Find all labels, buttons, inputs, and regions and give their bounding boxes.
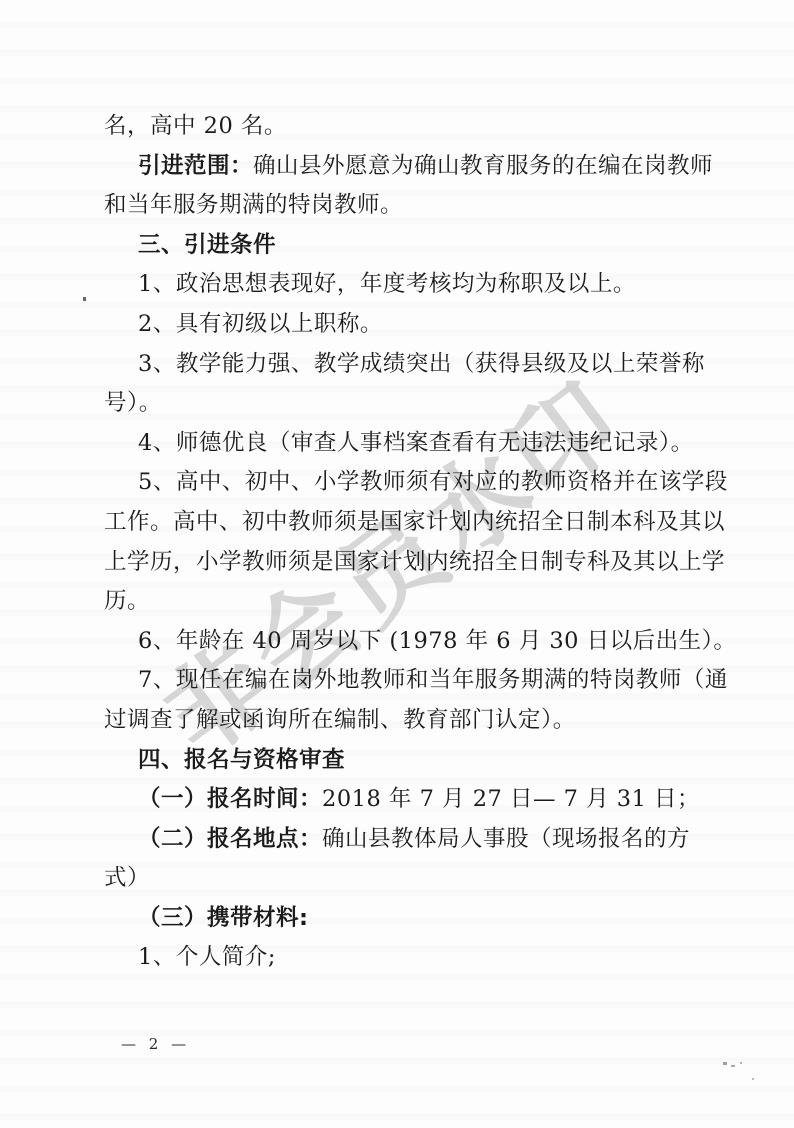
text-line: 三、引进条件 — [104, 226, 696, 266]
text-line: 4、师德优良（审查人事档案查看有无违法违纪记录）。 — [104, 424, 696, 464]
text-segment: 式） — [104, 865, 150, 891]
text-segment: 4、师德优良（审查人事档案查看有无违法违纪记录）。 — [138, 430, 694, 456]
text-segment: 确山县教体局人事股（现场报名的方 — [322, 826, 690, 852]
scan-artifact-speck — [731, 1065, 735, 1067]
text-segment: 1、个人简介; — [138, 944, 276, 970]
text-segment: 7、现任在编在岗外地教师和当年服务期满的特岗教师（通 — [138, 667, 728, 693]
text-line: 3、教学能力强、教学成绩突出（获得县级及以上荣誉称 — [104, 345, 696, 385]
text-segment: 6、年龄在 40 周岁以下 (1978 年 6 月 30 日以后出生）。 — [138, 628, 736, 654]
scan-artifact-speck — [752, 1078, 754, 1080]
text-line: 5、高中、初中、小学教师须有对应的教师资格并在该学段 — [104, 463, 696, 503]
document-body: 名，高中 20 名。引进范围：确山县外愿意为确山教育服务的在编在岗教师和当年服务… — [104, 107, 696, 978]
text-line: 和当年服务期满的特岗教师。 — [104, 186, 696, 226]
text-line: 1、个人简介; — [104, 938, 696, 978]
text-line: （一）报名时间：2018 年 7 月 27 日— 7 月 31 日； — [104, 780, 696, 820]
bold-text-segment: （三）携带材料: — [138, 905, 309, 931]
text-line: 四、报名与资格审查 — [104, 741, 696, 781]
bold-text-segment: 三、引进条件 — [138, 232, 276, 258]
text-line: 7、现任在编在岗外地教师和当年服务期满的特岗教师（通 — [104, 661, 696, 701]
text-line: 工作。高中、初中教师须是国家计划内统招全日制本科及其以 — [104, 503, 696, 543]
text-line: 号）。 — [104, 384, 696, 424]
text-segment: 2018 年 7 月 27 日— 7 月 31 日； — [322, 786, 700, 812]
text-segment: 2、具有初级以上职称。 — [138, 311, 383, 337]
text-segment: 3、教学能力强、教学成绩突出（获得县级及以上荣誉称 — [138, 351, 705, 377]
text-line: 式） — [104, 859, 696, 899]
text-line: 6、年龄在 40 周岁以下 (1978 年 6 月 30 日以后出生）。 — [104, 622, 696, 662]
text-line: （三）携带材料: — [104, 899, 696, 939]
text-line: 历。 — [104, 582, 696, 622]
bold-text-segment: （一）报名时间： — [138, 786, 322, 812]
text-line: 上学历，小学教师须是国家计划内统招全日制专科及其以上学 — [104, 543, 696, 583]
text-line: 名，高中 20 名。 — [104, 107, 696, 147]
text-segment: 名，高中 20 名。 — [104, 113, 287, 139]
text-line: 引进范围：确山县外愿意为确山教育服务的在编在岗教师 — [104, 147, 696, 187]
text-segment: 上学历，小学教师须是国家计划内统招全日制专科及其以上学 — [104, 549, 725, 575]
scan-artifact-speck — [740, 1062, 742, 1064]
text-segment: 历。 — [104, 588, 150, 614]
text-segment: 号）。 — [104, 390, 162, 416]
text-segment: 过调查了解或函询所在编制、教育部门认定）。 — [104, 707, 576, 733]
scan-artifact-speck — [83, 297, 86, 301]
text-segment: 确山县外愿意为确山教育服务的在编在岗教师 — [253, 153, 713, 179]
scanned-document-page: 非会员水印 名，高中 20 名。引进范围：确山县外愿意为确山教育服务的在编在岗教… — [0, 0, 794, 1128]
text-segment: 和当年服务期满的特岗教师。 — [104, 192, 403, 218]
page-number: — 2 — — [121, 1035, 190, 1053]
text-segment: 1、政治思想表现好，年度考核均为称职及以上。 — [138, 271, 636, 297]
text-line: 2、具有初级以上职称。 — [104, 305, 696, 345]
text-line: （二）报名地点：确山县教体局人事股（现场报名的方 — [104, 820, 696, 860]
bold-text-segment: 引进范围： — [138, 153, 253, 179]
text-line: 过调查了解或函询所在编制、教育部门认定）。 — [104, 701, 696, 741]
bold-text-segment: （二）报名地点： — [138, 826, 322, 852]
text-segment: 工作。高中、初中教师须是国家计划内统招全日制本科及其以 — [104, 509, 725, 535]
text-segment: 5、高中、初中、小学教师须有对应的教师资格并在该学段 — [138, 469, 728, 495]
text-line: 1、政治思想表现好，年度考核均为称职及以上。 — [104, 265, 696, 305]
bold-text-segment: 四、报名与资格审查 — [138, 747, 345, 773]
scan-artifact-speck — [723, 1062, 727, 1065]
